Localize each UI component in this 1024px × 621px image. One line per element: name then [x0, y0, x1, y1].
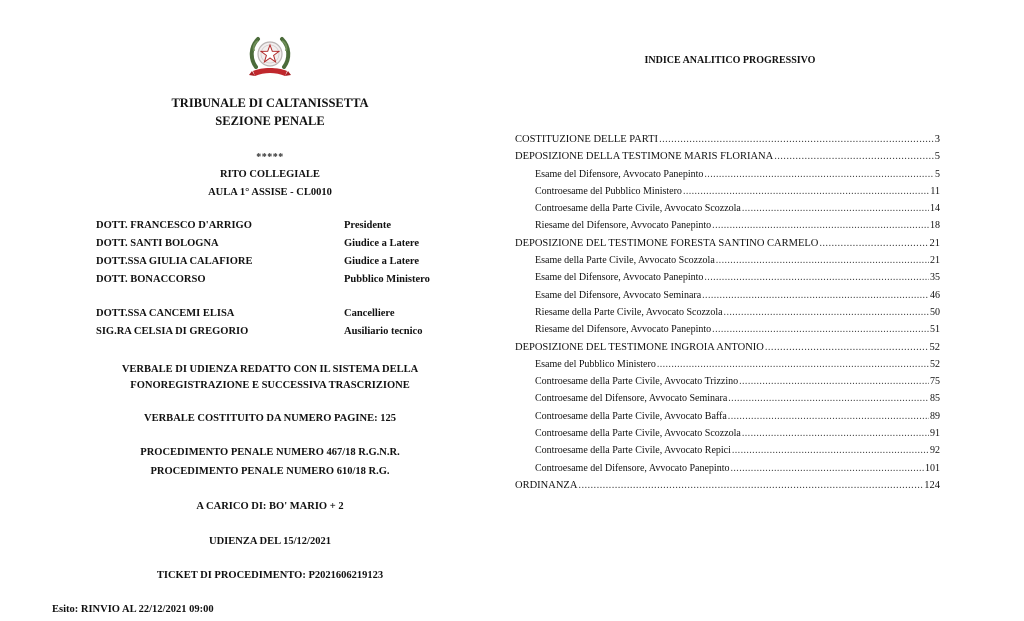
staff-role: Cancelliere	[344, 308, 395, 319]
toc-entry[interactable]: Controesame del Difensore, Avvocato Pane…	[515, 460, 940, 477]
proceeding-number-1: PROCEDIMENTO PENALE NUMERO 467/18 R.G.N.…	[40, 444, 500, 462]
member-name: DOTT. SANTI BOLOGNA	[96, 238, 219, 249]
toc-entry[interactable]: ORDINANZA124	[515, 477, 940, 494]
toc-entry-label: DEPOSIZIONE DEL TESTIMONE FORESTA SANTIN…	[515, 235, 818, 252]
toc-entry-page: 21	[930, 235, 941, 252]
toc-entry-page: 91	[930, 425, 940, 442]
toc-entry-label: Esame del Pubblico Ministero	[535, 356, 656, 373]
separator: *****	[40, 152, 500, 163]
composition-row: DOTT. SANTI BOLOGNA Giudice a Latere	[96, 238, 456, 256]
member-name: DOTT. BONACCORSO	[96, 274, 206, 285]
toc-entry[interactable]: Controesame della Parte Civile, Avvocato…	[515, 408, 940, 425]
toc-entry-label: Controesame del Pubblico Ministero	[535, 183, 682, 200]
page-count: VERBALE COSTITUITO DA NUMERO PAGINE: 125	[40, 410, 500, 428]
toc-entry-page: 5	[935, 166, 940, 183]
toc-entry-page: 14	[930, 200, 940, 217]
toc-entry-label: COSTITUZIONE DELLE PARTI	[515, 131, 658, 148]
toc-leader-dots	[659, 131, 934, 148]
toc-entry[interactable]: DEPOSIZIONE DEL TESTIMONE FORESTA SANTIN…	[515, 235, 940, 252]
staff-row: DOTT.SSA CANCEMI ELISA Cancelliere	[96, 308, 456, 326]
toc-entry-page: 101	[925, 460, 940, 477]
toc-leader-dots	[765, 339, 929, 356]
member-role: Giudice a Latere	[344, 238, 419, 249]
toc-leader-dots	[704, 269, 929, 286]
toc-leader-dots	[683, 183, 929, 200]
toc-entry-page: 35	[930, 269, 940, 286]
toc-entry-label: Controesame della Parte Civile, Avvocato…	[535, 200, 741, 217]
member-role: Presidente	[344, 220, 391, 231]
toc-entry-page: 85	[930, 390, 940, 407]
index-title: INDICE ANALITICO PROGRESSIVO	[510, 55, 950, 66]
staff-row: SIG.RA CELSIA DI GREGORIO Ausiliario tec…	[96, 326, 456, 344]
toc-leader-dots	[774, 148, 934, 165]
toc-entry[interactable]: COSTITUZIONE DELLE PARTI3	[515, 131, 940, 148]
toc-entry-label: Riesame del Difensore, Avvocato Panepint…	[535, 321, 711, 338]
toc-entry-label: Esame della Parte Civile, Avvocato Scozz…	[535, 252, 715, 269]
toc-entry-page: 52	[930, 339, 941, 356]
rite: RITO COLLEGIALE	[40, 166, 500, 184]
toc-entry[interactable]: Esame della Parte Civile, Avvocato Scozz…	[515, 252, 940, 269]
toc-leader-dots	[728, 408, 929, 425]
toc-entry-page: 124	[924, 477, 940, 494]
toc-entry[interactable]: DEPOSIZIONE DEL TESTIMONE INGROIA ANTONI…	[515, 339, 940, 356]
composition-row: DOTT. BONACCORSO Pubblico Ministero	[96, 274, 456, 292]
toc-leader-dots	[724, 304, 929, 321]
toc-leader-dots	[702, 287, 929, 304]
table-of-contents: COSTITUZIONE DELLE PARTI3DEPOSIZIONE DEL…	[515, 131, 940, 494]
member-name: DOTT. FRANCESCO D'ARRIGO	[96, 220, 252, 231]
staff-name: SIG.RA CELSIA DI GREGORIO	[96, 326, 248, 337]
staff-role: Ausiliario tecnico	[344, 326, 422, 337]
toc-entry[interactable]: Riesame del Difensore, Avvocato Panepint…	[515, 321, 940, 338]
toc-entry[interactable]: Esame del Pubblico Ministero52	[515, 356, 940, 373]
court-name: TRIBUNALE DI CALTANISSETTA	[40, 94, 500, 112]
court-section: SEZIONE PENALE	[40, 112, 500, 130]
member-name: DOTT.SSA GIULIA CALAFIORE	[96, 256, 252, 267]
toc-entry-page: 89	[930, 408, 940, 425]
toc-leader-dots	[732, 442, 929, 459]
toc-entry-label: Riesame del Difensore, Avvocato Panepint…	[535, 217, 711, 234]
toc-entry[interactable]: Controesame del Pubblico Ministero11	[515, 183, 940, 200]
member-role: Giudice a Latere	[344, 256, 419, 267]
toc-leader-dots	[739, 373, 929, 390]
hearing-outcome: Esito: RINVIO AL 22/12/2021 09:00	[52, 604, 214, 615]
toc-entry-label: Esame del Difensore, Avvocato Seminara	[535, 287, 701, 304]
toc-entry-page: 75	[930, 373, 940, 390]
toc-leader-dots	[716, 252, 929, 269]
toc-entry-page: 11	[930, 183, 940, 200]
ticket-number: TICKET DI PROCEDIMENTO: P2021606219123	[40, 567, 500, 585]
proceeding-number-2: PROCEDIMENTO PENALE NUMERO 610/18 R.G.	[40, 463, 500, 481]
toc-entry-label: DEPOSIZIONE DEL TESTIMONE INGROIA ANTONI…	[515, 339, 764, 356]
toc-entry-label: DEPOSIZIONE DELLA TESTIMONE MARIS FLORIA…	[515, 148, 773, 165]
toc-leader-dots	[819, 235, 928, 252]
hearing-date: UDIENZA DEL 15/12/2021	[40, 533, 500, 551]
toc-entry-label: Riesame della Parte Civile, Avvocato Sco…	[535, 304, 723, 321]
toc-entry-label: Controesame della Parte Civile, Avvocato…	[535, 373, 738, 390]
member-role: Pubblico Ministero	[344, 274, 430, 285]
toc-entry-page: 3	[935, 131, 940, 148]
toc-leader-dots	[742, 200, 929, 217]
toc-entry[interactable]: Controesame del Difensore, Avvocato Semi…	[515, 390, 940, 407]
toc-entry-page: 46	[930, 287, 940, 304]
toc-leader-dots	[742, 425, 929, 442]
toc-entry[interactable]: Controesame della Parte Civile, Avvocato…	[515, 442, 940, 459]
toc-entry[interactable]: Riesame della Parte Civile, Avvocato Sco…	[515, 304, 940, 321]
toc-entry-page: 5	[935, 148, 940, 165]
toc-entry-page: 52	[930, 356, 940, 373]
toc-entry[interactable]: Riesame del Difensore, Avvocato Panepint…	[515, 217, 940, 234]
toc-entry-label: Esame del Difensore, Avvocato Panepinto	[535, 166, 703, 183]
toc-entry[interactable]: Controesame della Parte Civile, Avvocato…	[515, 425, 940, 442]
toc-entry-page: 92	[930, 442, 940, 459]
toc-entry[interactable]: Esame del Difensore, Avvocato Seminara46	[515, 287, 940, 304]
italian-republic-emblem-icon	[248, 33, 292, 81]
toc-entry-label: Controesame della Parte Civile, Avvocato…	[535, 408, 727, 425]
toc-leader-dots	[712, 321, 929, 338]
toc-entry-page: 50	[930, 304, 940, 321]
courtroom: AULA 1° ASSISE - CL0010	[40, 184, 500, 202]
verbale-line-2: FONOREGISTRAZIONE E SUCCESSIVA TRASCRIZI…	[40, 377, 500, 395]
toc-leader-dots	[728, 390, 929, 407]
defendant: A CARICO DI: BO' MARIO + 2	[40, 498, 500, 516]
toc-entry[interactable]: Controesame della Parte Civile, Avvocato…	[515, 200, 940, 217]
toc-entry[interactable]: DEPOSIZIONE DELLA TESTIMONE MARIS FLORIA…	[515, 148, 940, 165]
toc-leader-dots	[578, 477, 923, 494]
toc-entry-page: 21	[930, 252, 940, 269]
composition-row: DOTT.SSA GIULIA CALAFIORE Giudice a Late…	[96, 256, 456, 274]
toc-entry-label: Controesame della Parte Civile, Avvocato…	[535, 442, 731, 459]
toc-leader-dots	[657, 356, 929, 373]
toc-leader-dots	[731, 460, 925, 477]
document-spread: TRIBUNALE DI CALTANISSETTA SEZIONE PENAL…	[0, 0, 1024, 621]
toc-entry-page: 51	[930, 321, 940, 338]
toc-entry-page: 18	[930, 217, 940, 234]
toc-leader-dots	[704, 166, 934, 183]
toc-entry[interactable]: Esame del Difensore, Avvocato Panepinto5	[515, 166, 940, 183]
toc-entry-label: Controesame del Difensore, Avvocato Semi…	[535, 390, 727, 407]
toc-leader-dots	[712, 217, 929, 234]
staff-name: DOTT.SSA CANCEMI ELISA	[96, 308, 234, 319]
toc-entry[interactable]: Controesame della Parte Civile, Avvocato…	[515, 373, 940, 390]
composition-row: DOTT. FRANCESCO D'ARRIGO Presidente	[96, 220, 456, 238]
toc-entry-label: Controesame della Parte Civile, Avvocato…	[535, 425, 741, 442]
toc-entry-label: Esame del Difensore, Avvocato Panepinto	[535, 269, 703, 286]
toc-entry-label: ORDINANZA	[515, 477, 577, 494]
toc-entry[interactable]: Esame del Difensore, Avvocato Panepinto3…	[515, 269, 940, 286]
toc-entry-label: Controesame del Difensore, Avvocato Pane…	[535, 460, 730, 477]
